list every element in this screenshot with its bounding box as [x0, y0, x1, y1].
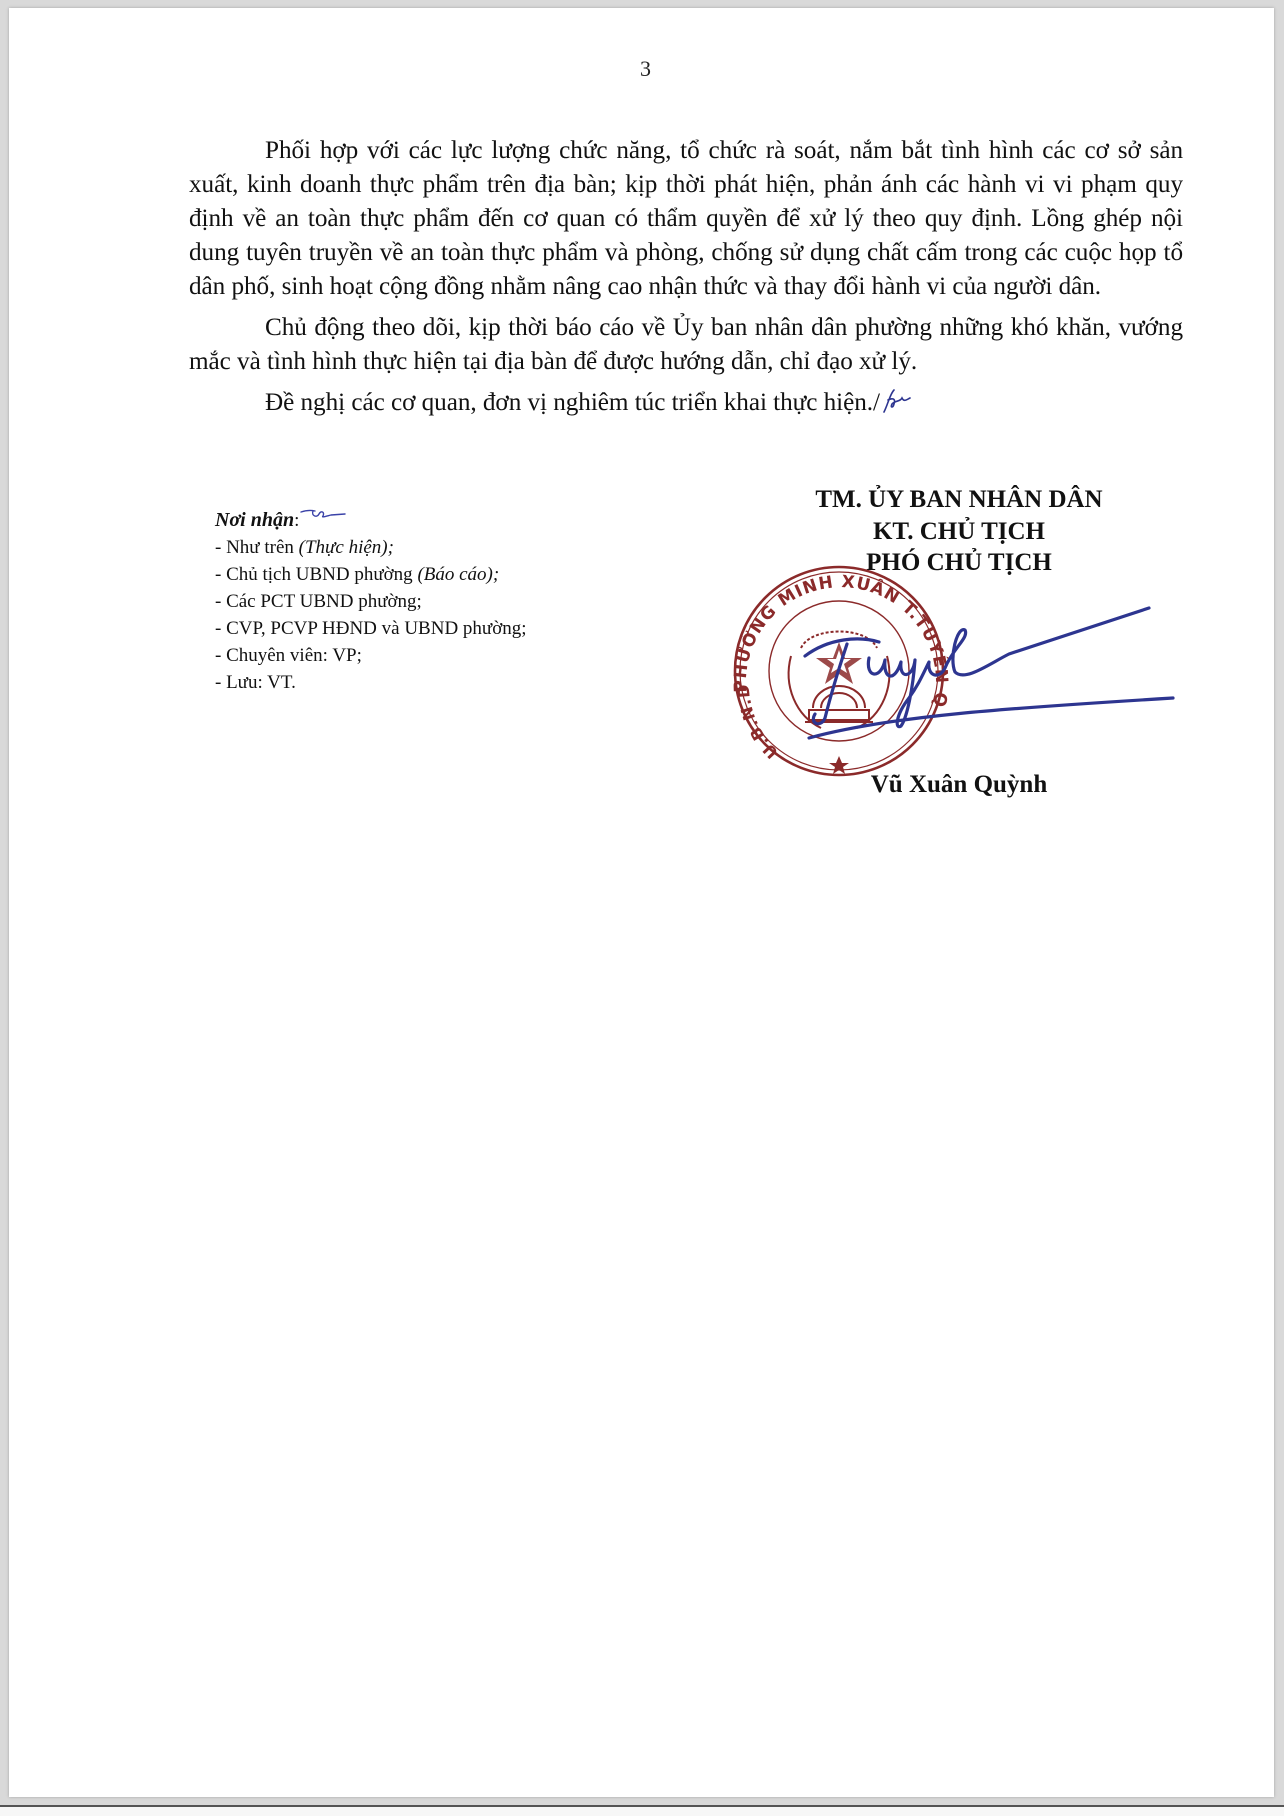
signer-name: Vũ Xuân Quỳnh: [729, 771, 1189, 799]
recipient-item: - Như trên (Thực hiện);: [215, 534, 655, 561]
initial-mark-icon: [299, 506, 351, 522]
recipients-heading: Nơi nhận:: [215, 506, 655, 534]
paragraph-reporting: Chủ động theo dõi, kịp thời báo cáo về Ủ…: [189, 311, 1183, 379]
document-page: 3 Phối hợp với các lực lượng chức năng, …: [9, 8, 1274, 1797]
recipient-item: - Các PCT UBND phường;: [215, 588, 655, 615]
recipients-list: Nơi nhận: - Như trên (Thực hiện); - Chủ …: [215, 506, 655, 696]
signature-title-line1: TM. ỦY BAN NHÂN DÂN: [729, 484, 1189, 516]
recipient-item: - Lưu: VT.: [215, 669, 655, 696]
paragraph-request: Đề nghị các cơ quan, đơn vị nghiêm túc t…: [189, 386, 1183, 420]
recipient-item: - Chuyên viên: VP;: [215, 642, 655, 669]
paragraph-coordination: Phối hợp với các lực lượng chức năng, tổ…: [189, 134, 1183, 304]
viewer-bottom-edge: [0, 1805, 1284, 1816]
recipient-item: - Chủ tịch UBND phường (Báo cáo);: [215, 561, 655, 588]
page-number: 3: [9, 56, 1274, 82]
request-text: Đề nghị các cơ quan, đơn vị nghiêm túc t…: [265, 389, 880, 416]
initial-signature-icon: [880, 386, 912, 416]
recipient-item: - CVP, PCVP HĐND và UBND phường;: [215, 615, 655, 642]
signature-title-line2: KT. CHỦ TỊCH: [729, 516, 1189, 548]
document-body: Phối hợp với các lực lượng chức năng, tổ…: [189, 134, 1183, 427]
handwritten-signature-icon: [769, 598, 1189, 748]
